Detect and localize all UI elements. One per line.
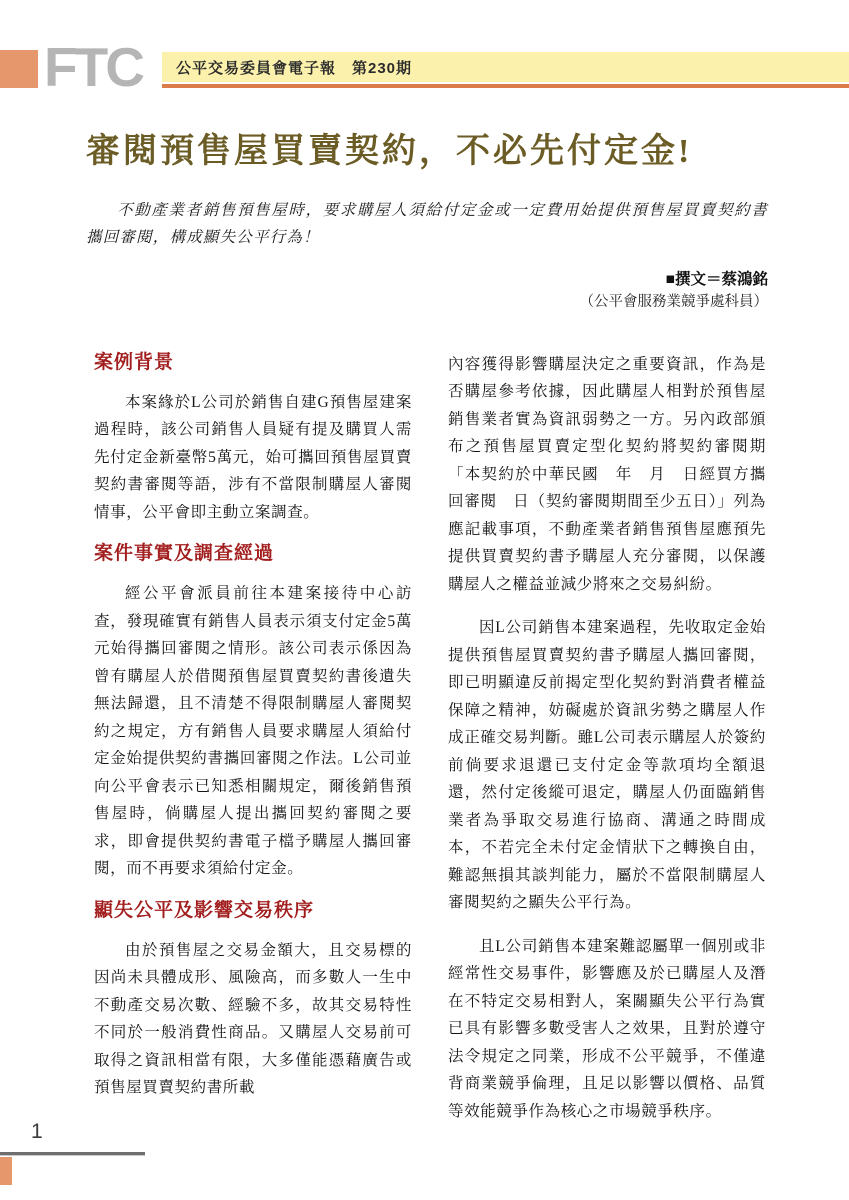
header-accent-square — [0, 50, 38, 88]
article-abstract: 不動產業者銷售預售屋時，要求購屋人須給付定金或一定費用始提供預售屋買賣契約書攜回… — [86, 197, 768, 251]
byline-affiliation: （公平會服務業競爭處科員） — [86, 291, 768, 313]
paragraph-continued: 內容獲得影響購屋決定之重要資訊，作為是否購屋參考依據，因此購屋人相對於預售屋銷售… — [448, 351, 766, 599]
paragraph: 由於預售屋之交易金額大，且交易標的因尚未具體成形、風險高，而多數人一生中不動產交… — [94, 937, 412, 1102]
left-column: 案例背景 本案緣於L公司於銷售自建G預售屋建案過程時，該公司銷售人員疑有提及購買… — [94, 351, 412, 1142]
byline: ■撰文＝蔡鴻銘 （公平會服務業競爭處科員） — [86, 269, 768, 313]
issue-banner-text: 公平交易委員會電子報 第230期 — [162, 57, 412, 78]
right-column: 內容獲得影響購屋決定之重要資訊，作為是否購屋參考依據，因此購屋人相對於預售屋銷售… — [448, 351, 766, 1142]
paragraph: 且L公司銷售本建案難認屬單一個別或非經常性交易事件，影響應及於已購屋人及潛在不特… — [448, 933, 766, 1126]
footer-rule — [0, 1152, 145, 1156]
article-content: 審閱預售屋買賣契約，不必先付定金! 不動產業者銷售預售屋時，要求購屋人須給付定金… — [86, 132, 768, 1141]
article-title: 審閱預售屋買賣契約，不必先付定金! — [86, 132, 768, 173]
newsletter-page: FTC 公平交易委員會電子報 第230期 審閱預售屋買賣契約，不必先付定金! 不… — [0, 0, 849, 1200]
ftc-logo: FTC — [44, 40, 142, 95]
section-heading-unfairness-impact: 顯失公平及影響交易秩序 — [94, 899, 412, 923]
section-heading-facts-investigation: 案件事實及調查經過 — [94, 542, 412, 566]
issue-banner: 公平交易委員會電子報 第230期 — [162, 52, 849, 82]
paragraph: 經公平會派員前往本建案接待中心訪查，發現確實有銷售人員表示須支付定金5萬元始得攜… — [94, 580, 412, 883]
byline-author: ■撰文＝蔡鴻銘 — [86, 269, 768, 291]
paragraph: 因L公司銷售本建案過程，先收取定金始提供預售屋買賣契約書予購屋人攜回審閱，即已明… — [448, 614, 766, 917]
page-number: 1 — [31, 1121, 43, 1142]
two-column-body: 案例背景 本案緣於L公司於銷售自建G預售屋建案過程時，該公司銷售人員疑有提及購買… — [86, 351, 768, 1142]
section-heading-case-background: 案例背景 — [94, 351, 412, 375]
footer-accent-bar — [0, 1157, 12, 1185]
paragraph: 本案緣於L公司於銷售自建G預售屋建案過程時，該公司銷售人員疑有提及購買人需先付定… — [94, 389, 412, 527]
banner-rule — [162, 84, 849, 88]
